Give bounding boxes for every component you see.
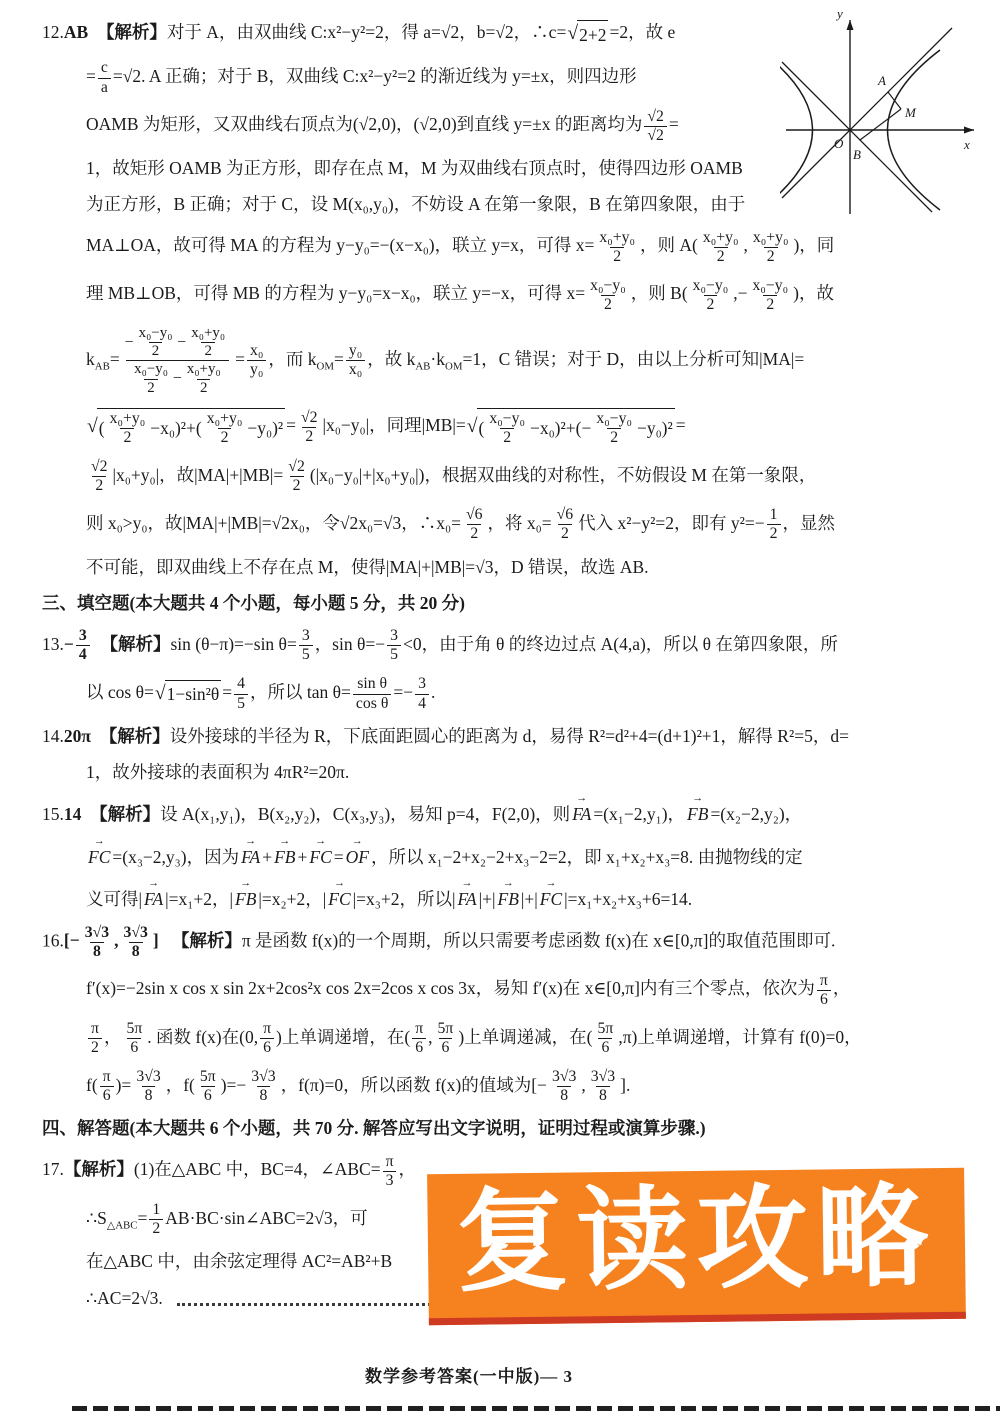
hyperbola-figure-12: y x O A M B (780, 2, 996, 214)
text-line: 13.−34 【解析】sin (θ−π)=−sin θ=35，sin θ=−35… (42, 627, 964, 664)
text-line: 四、解答题(本大题共 6 个小题，共 70 分. 解答应写出文字说明，证明过程或… (42, 1116, 964, 1141)
label-point-B: B (853, 147, 861, 162)
figure-background (780, 2, 996, 214)
text-line-content: 1，故矩形 OAMB 为正方形，即存在点 M，M 为双曲线右顶点时，使得四边形 … (86, 158, 743, 178)
text-line-content: 不可能，即双曲线上不存在点 M，使得|MA|+|MB|=√3，D 错误，故选 A… (86, 557, 649, 577)
text-line: MA⊥OA，故可得 MA 的方程为 y−y₀=−(x−x₀)，联立 y=x，可得… (42, 229, 964, 266)
text-line-content: MA⊥OA，故可得 MA 的方程为 y−y₀=−(x−x₀)，联立 y=x，可得… (86, 235, 834, 255)
label-point-M: M (904, 105, 917, 120)
text-line-content: 三、填空题(本大题共 4 个小题，每小题 5 分，共 20 分) (42, 593, 465, 613)
text-line-content: 16.[−3√38,3√38] 【解析】π 是函数 f(x)的一个周期，所以只需… (42, 930, 835, 950)
scan-edge-artifact (72, 1406, 1000, 1411)
text-line: →FC=(x₃−2,y₃)，因为→FA+→FB+→FC=→OF，所以 x₁−2+… (42, 839, 964, 870)
text-line-content: 在△ABC 中，由余弦定理得 AC²=AB²+B (86, 1251, 392, 1271)
text-line-content: 以 cos θ=√1−sin²θ=45，所以 tan θ=sin θcos θ=… (86, 682, 435, 702)
text-line-content: 17.【解析】(1)在△ABC 中，BC=4，∠ABC=π3， (42, 1159, 416, 1179)
text-line: 义可得|→FA|=x₁+2，|→FB|=x₂+2，|→FC|=x₃+2，所以|→… (42, 881, 964, 912)
page-footer: 数学参考答案(一中版)— 3 (0, 1362, 1000, 1387)
label-y: y (835, 6, 843, 21)
text-line: 三、填空题(本大题共 4 个小题，每小题 5 分，共 20 分) (42, 591, 964, 616)
text-line-content: 14.20π 【解析】设外接球的半径为 R，下底面距圆心的距离为 d，易得 R²… (42, 726, 849, 746)
text-line-content: π2，5π6. 函数 f(x)在(0,π6)上单调递增，在(π6,5π6)上单调… (86, 1027, 862, 1047)
text-line: 16.[−3√38,3√38] 【解析】π 是函数 f(x)的一个周期，所以只需… (42, 924, 964, 961)
text-line: 15.14 【解析】设 A(x₁,y₁)，B(x₂,y₂)，C(x₃,y₃)，易… (42, 796, 964, 827)
text-line: √22|x₀+y₀|，故|MA|+|MB|=√22(|x₀−y₀|+|x₀+y₀… (42, 458, 964, 495)
text-line: √(x₀+y₀2−x₀)²+(x₀+y₀2−y₀)²=√22|x₀−y₀|，同理… (42, 408, 964, 447)
text-line-content: √(x₀+y₀2−x₀)²+(x₀+y₀2−y₀)²=√22|x₀−y₀|，同理… (86, 415, 686, 435)
label-x: x (963, 137, 970, 152)
label-origin: O (834, 136, 844, 151)
answer-sheet-page: 12.AB 【解析】对于 A，由双曲线 C:x²−y²=2，得 a=√2，b=√… (0, 0, 1000, 1413)
text-line-content: f(π6)=3√38，f(5π6)=−3√38，f(π)=0，所以函数 f(x)… (86, 1075, 630, 1095)
text-line: f(π6)=3√38，f(5π6)=−3√38，f(π)=0，所以函数 f(x)… (42, 1068, 964, 1105)
text-line: 1，故外接球的表面积为 4πR²=20π. (42, 760, 964, 785)
text-line: 14.20π 【解析】设外接球的半径为 R，下底面距圆心的距离为 d，易得 R²… (42, 724, 964, 749)
text-line-content: f′(x)=−2sin x cos x sin 2x+2cos²x cos 2x… (86, 978, 850, 998)
text-line-content: 为正方形，B 正确；对于 C，设 M(x₀,y₀)，不妨设 A 在第一象限，B … (86, 194, 745, 214)
text-line-content: 则 x₀>y₀，故|MA|+|MB|=√2x₀，令√2x₀=√3，∴x₀=√62… (86, 513, 835, 533)
label-point-A: A (877, 73, 886, 88)
text-line: kAB=−x₀−y₀2−x₀+y₀2x₀−y₀2−x₀+y₀2=x₀y₀，而 k… (42, 325, 964, 397)
text-line-content: ∴S△ABC=12AB·BC·sin∠ABC=2√3，可 (86, 1208, 368, 1228)
watermark-overlay: 复读攻略 (427, 1168, 966, 1326)
text-line: f′(x)=−2sin x cos x sin 2x+2cos²x cos 2x… (42, 972, 964, 1009)
text-line-content: kAB=−x₀−y₀2−x₀+y₀2x₀−y₀2−x₀+y₀2=x₀y₀，而 k… (86, 349, 804, 369)
text-line: π2，5π6. 函数 f(x)在(0,π6)上单调递增，在(π6,5π6)上单调… (42, 1020, 964, 1057)
watermark-text: 复读攻略 (456, 1181, 937, 1299)
text-line-content: →FC=(x₃−2,y₃)，因为→FA+→FB+→FC=→OF，所以 x₁−2+… (86, 847, 803, 867)
text-line-content: 15.14 【解析】设 A(x₁,y₁)，B(x₂,y₂)，C(x₃,y₃)，易… (42, 804, 802, 824)
text-line-content: 12.AB 【解析】对于 A，由双曲线 C:x²−y²=2，得 a=√2，b=√… (42, 22, 675, 42)
text-line-content: 理 MB⊥OB，可得 MB 的方程为 y−y₀=x−x₀，联立 y=−x，可得 … (86, 283, 834, 303)
text-line: 不可能，即双曲线上不存在点 M，使得|MA|+|MB|=√3，D 错误，故选 A… (42, 555, 964, 580)
text-line: 理 MB⊥OB，可得 MB 的方程为 y−y₀=x−x₀，联立 y=−x，可得 … (42, 277, 964, 314)
answer-text-block: 12.AB 【解析】对于 A，由双曲线 C:x²−y²=2，得 a=√2，b=√… (42, 20, 964, 1322)
text-line-content: 13.−34 【解析】sin (θ−π)=−sin θ=35，sin θ=−35… (42, 634, 838, 654)
text-line-content: 义可得|→FA|=x₁+2，|→FB|=x₂+2，|→FC|=x₃+2，所以|→… (86, 889, 692, 909)
text-line-content: √22|x₀+y₀|，故|MA|+|MB|=√22(|x₀−y₀|+|x₀+y₀… (86, 465, 816, 485)
text-line: 以 cos θ=√1−sin²θ=45，所以 tan θ=sin θcos θ=… (42, 675, 964, 712)
text-line-content: =ca=√2. A 正确；对于 B，双曲线 C:x²−y²=2 的渐近线为 y=… (86, 66, 637, 86)
text-line-content: ∴AC=2√3. (86, 1286, 163, 1311)
text-line-content: 1，故外接球的表面积为 4πR²=20π. (86, 762, 349, 782)
text-line-content: 四、解答题(本大题共 6 个小题，共 70 分. 解答应写出文字说明，证明过程或… (42, 1118, 706, 1138)
text-line-content: OAMB 为矩形，又双曲线右顶点为(√2,0)，(√2,0)到直线 y=±x 的… (86, 114, 679, 134)
text-line: 则 x₀>y₀，故|MA|+|MB|=√2x₀，令√2x₀=√3，∴x₀=√62… (42, 506, 964, 543)
